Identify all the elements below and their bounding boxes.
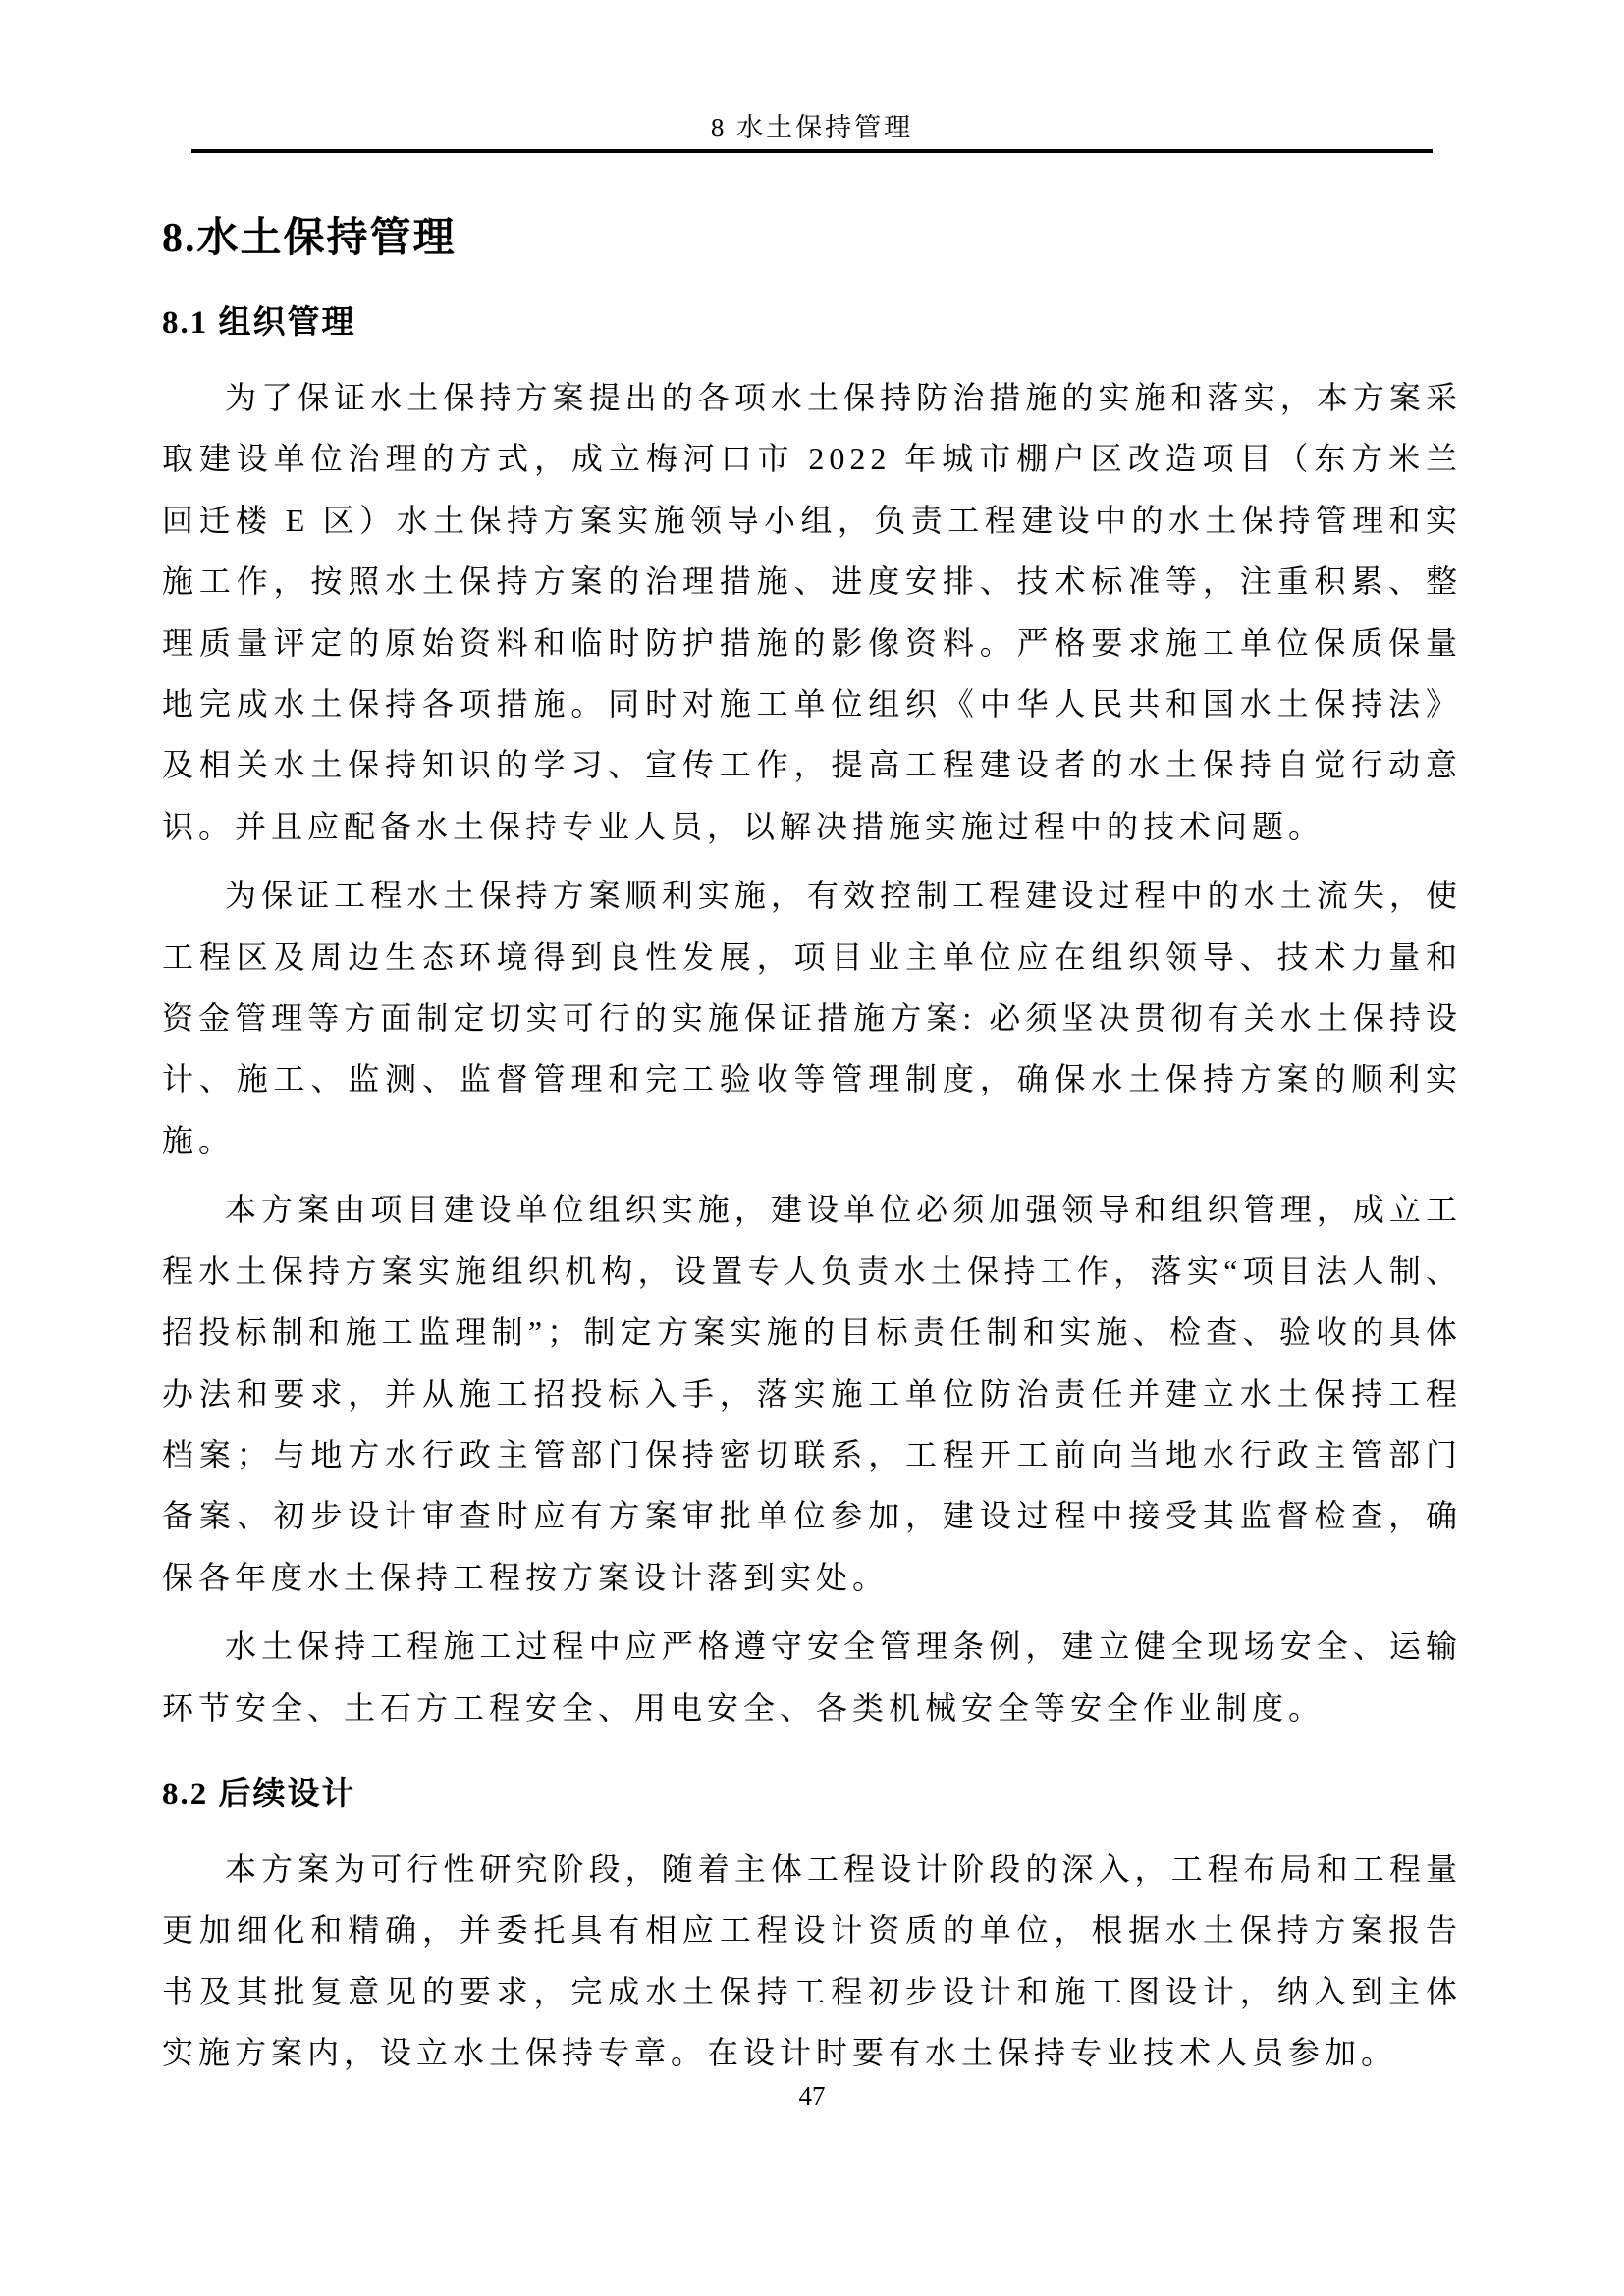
paragraph: 为了保证水土保持方案提出的各项水土保持防治措施的实施和落实，本方案采取建设单位治… xyxy=(162,367,1462,857)
document-page: 8 水土保持管理 8.水土保持管理 8.1 组织管理 为了保证水土保持方案提出的… xyxy=(0,0,1624,2296)
page-header: 8 水土保持管理 xyxy=(162,110,1462,153)
paragraph: 为保证工程水土保持方案顺利实施，有效控制工程建设过程中的水土流失，使工程区及周边… xyxy=(162,865,1462,1171)
page-number: 47 xyxy=(799,2081,826,2110)
header-divider xyxy=(191,149,1433,153)
paragraph: 水土保持工程施工过程中应严格遵守安全管理条例，建立健全现场安全、运输环节安全、土… xyxy=(162,1616,1462,1738)
page-footer: 47 xyxy=(0,2079,1624,2112)
paragraph: 本方案由项目建设单位组织实施，建设单位必须加强领导和组织管理，成立工程水土保持方… xyxy=(162,1179,1462,1608)
chapter-title: 8.水土保持管理 xyxy=(162,210,1462,267)
paragraph: 本方案为可行性研究阶段，随着主体工程设计阶段的深入，工程布局和工程量更加细化和精… xyxy=(162,1839,1462,2084)
running-header-title: 8 水土保持管理 xyxy=(162,110,1462,145)
section-heading-8-2: 8.2 后续设计 xyxy=(162,1772,1462,1817)
section-heading-8-1: 8.1 组织管理 xyxy=(162,300,1462,346)
